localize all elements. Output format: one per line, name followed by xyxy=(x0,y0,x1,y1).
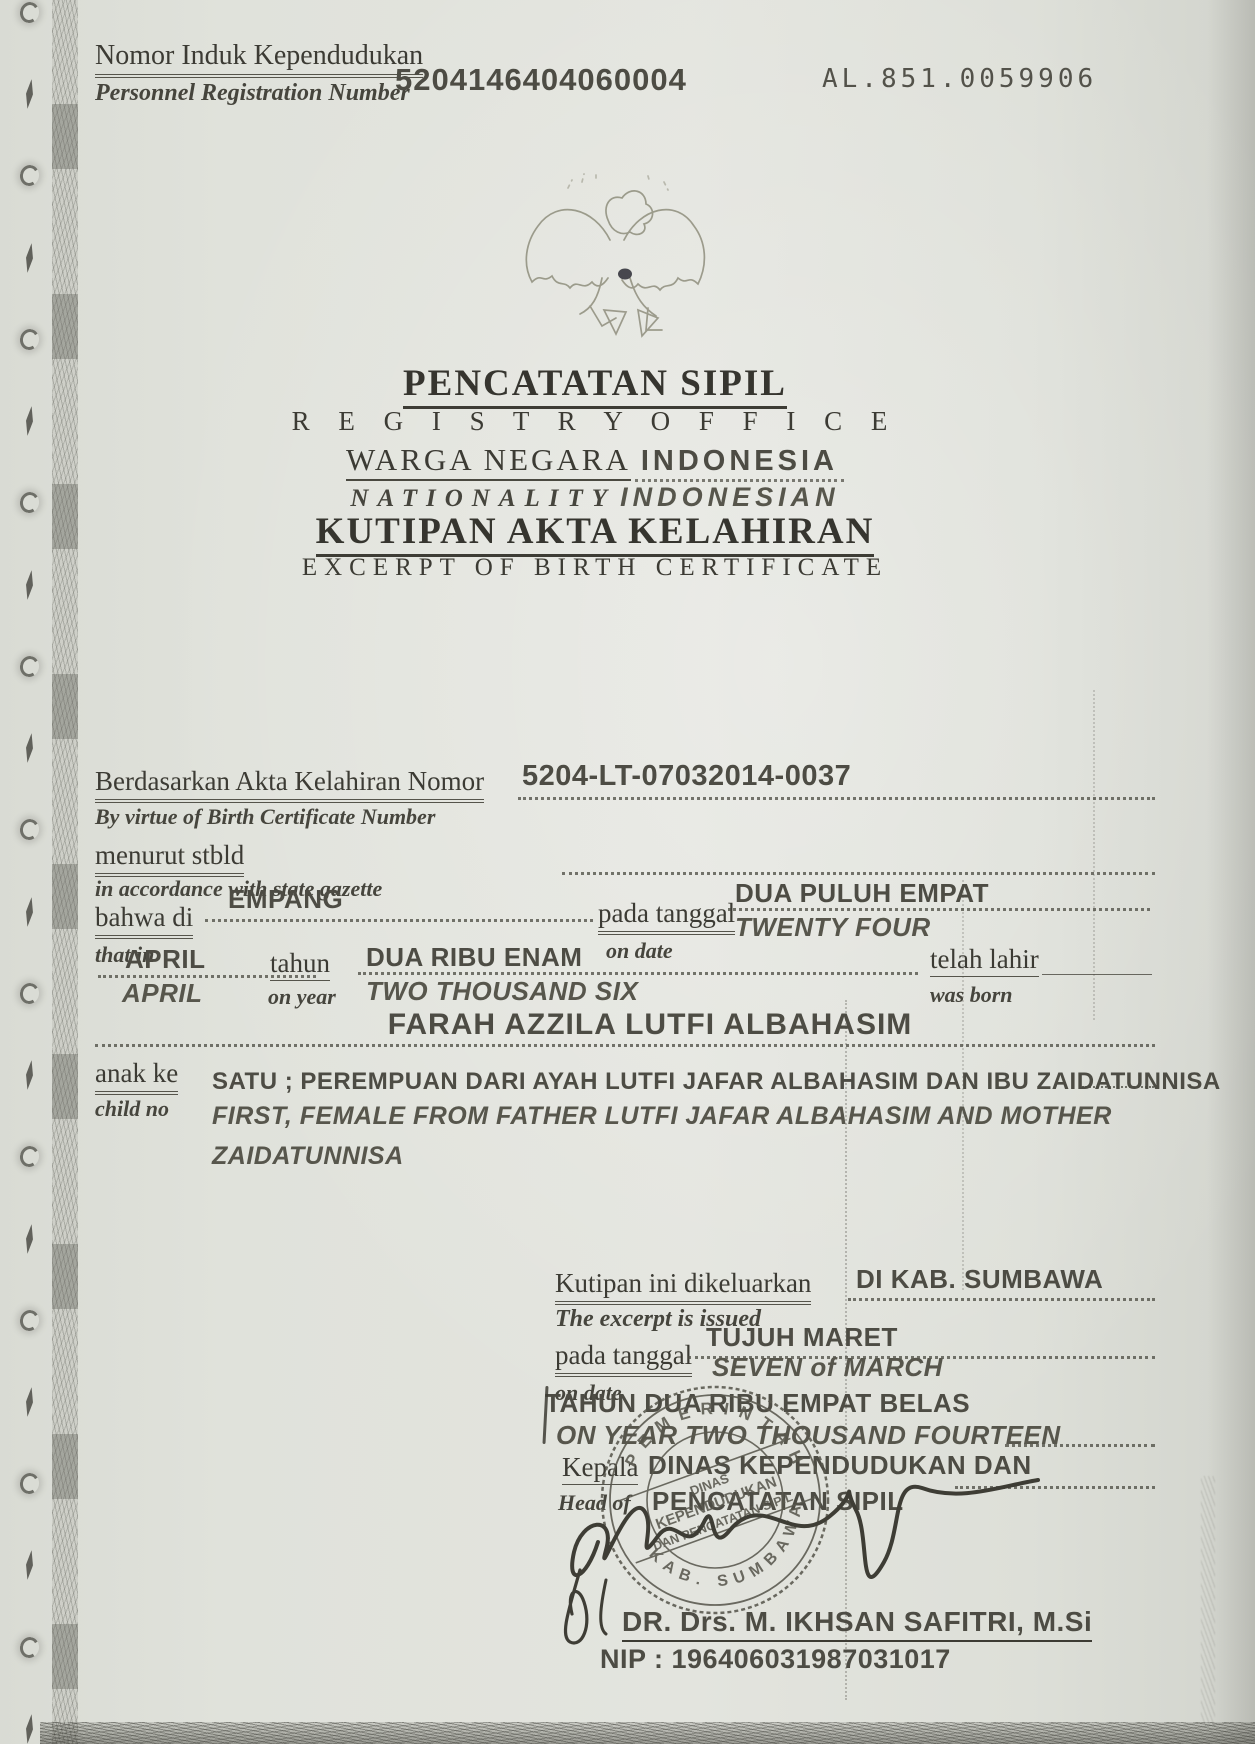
nationality-row-en: NATIONALITY INDONESIAN xyxy=(20,482,1170,513)
perforation-mark xyxy=(18,164,41,188)
dotted-line xyxy=(728,908,1150,911)
month-value-id: APRIL xyxy=(125,944,206,975)
guilloche-left-border xyxy=(52,0,78,1744)
nationality-value-id: INDONESIA xyxy=(635,445,844,482)
birth-certificate-scan: Nomor Induk Kependudukan Personnel Regis… xyxy=(0,0,1255,1744)
perforation-mark xyxy=(23,1550,34,1581)
perforation-mark xyxy=(23,733,34,764)
nationality-value-en: INDONESIAN xyxy=(620,482,840,512)
child-no-label-id: anak ke xyxy=(95,1058,178,1095)
cert-no-label-en: By virtue of Birth Certificate Number xyxy=(95,804,435,830)
dotted-line xyxy=(848,1298,1155,1301)
perforation-mark xyxy=(23,1223,34,1254)
date-label-en: on date xyxy=(606,938,673,964)
perforation-mark xyxy=(23,1387,34,1418)
perforation-mark xyxy=(18,981,41,1005)
perforation-mark xyxy=(23,1060,34,1091)
gazette-label-id: menurut stbld xyxy=(95,840,244,877)
perforation-mark xyxy=(23,896,34,927)
dotted-line xyxy=(1082,1086,1154,1088)
perforation-column xyxy=(12,2,46,1744)
issued-date-value-en: SEVEN of MARCH xyxy=(712,1352,943,1383)
vertical-dotted-guide xyxy=(1093,690,1095,1020)
child-no-value-id: SATU ; PEREMPUAN DARI AYAH LUTFI JAFAR A… xyxy=(212,1068,1221,1096)
doc-title-en: EXCERPT OF BIRTH CERTIFICATE xyxy=(20,554,1170,582)
dotted-line xyxy=(562,872,1155,875)
perforation-mark xyxy=(18,1635,41,1659)
year-label-en: on year xyxy=(268,984,336,1010)
born-label-id: telah lahir xyxy=(930,944,1039,977)
child-no-label-en: child no xyxy=(95,1096,169,1122)
dotted-line xyxy=(358,972,918,975)
born-label-en: was born xyxy=(930,982,1013,1008)
nationality-row-id: WARGA NEGARA INDONESIA xyxy=(20,442,1170,478)
signer-name: DR. Drs. M. IKHSAN SAFITRI, M.Si xyxy=(622,1606,1092,1642)
dotted-line xyxy=(205,919,593,922)
dotted-line xyxy=(518,797,1155,800)
issued-date-value-id: TUJUH MARET xyxy=(706,1322,898,1353)
year-label-id: tahun xyxy=(270,948,330,981)
dotted-line xyxy=(95,1044,1155,1047)
perforation-mark xyxy=(23,79,34,110)
nik-label-en: Personnel Registration Number xyxy=(95,80,410,107)
cert-no-value: 5204-LT-07032014-0037 xyxy=(522,760,851,793)
month-value-en: APRIL xyxy=(122,978,203,1009)
perforation-mark xyxy=(18,1308,41,1332)
perforation-mark xyxy=(18,327,41,351)
signer-nip: NIP : 196406031987031017 xyxy=(600,1644,951,1675)
child-no-value-en-2: ZAIDATUNNISA xyxy=(212,1142,404,1171)
perforation-mark xyxy=(23,242,34,273)
issued-label-id: Kutipan ini dikeluarkan xyxy=(555,1268,811,1305)
nik-value: 5204146404060004 xyxy=(395,62,687,98)
date-value-en: TWENTY FOUR xyxy=(735,912,931,943)
date-value-id: DUA PULUH EMPAT xyxy=(735,878,989,909)
garuda-emblem-watermark xyxy=(498,168,728,340)
nationality-label-id: WARGA NEGARA xyxy=(346,442,631,481)
cert-no-label-id: Berdasarkan Akta Kelahiran Nomor xyxy=(95,766,484,803)
perforation-mark xyxy=(23,1714,34,1744)
year-value-en: TWO THOUSAND SIX xyxy=(366,976,638,1007)
solid-line xyxy=(1042,974,1152,975)
serial-number: AL.851.0059906 xyxy=(822,64,1097,94)
scan-edge-shadow xyxy=(1207,0,1255,1744)
nationality-label-en: NATIONALITY xyxy=(350,485,616,512)
date-label-id: pada tanggal xyxy=(598,898,735,935)
office-title-en: R E G I S T R Y O F F I C E xyxy=(20,406,1170,437)
child-name-value: FARAH AZZILA LUTFI ALBAHASIM xyxy=(330,1008,970,1042)
perforation-mark xyxy=(18,818,41,842)
place-value: EMPANG xyxy=(228,884,343,915)
perforation-mark xyxy=(18,654,41,678)
issued-date-label-id: pada tanggal xyxy=(555,1340,692,1377)
perforation-mark xyxy=(18,1145,41,1169)
perforation-mark xyxy=(18,0,41,24)
perforation-mark xyxy=(18,1471,41,1495)
doc-title-id: KUTIPAN AKTA KELAHIRAN xyxy=(20,510,1170,557)
nik-label-id: Nomor Induk Kependudukan xyxy=(95,40,423,78)
place-label-id: bahwa di xyxy=(95,902,193,939)
guilloche-bottom-border xyxy=(40,1722,1255,1744)
year-value-id: DUA RIBU ENAM xyxy=(366,942,582,973)
child-no-value-en-1: FIRST, FEMALE FROM FATHER LUTFI JAFAR AL… xyxy=(212,1102,1112,1131)
issued-place-value: DI KAB. SUMBAWA xyxy=(856,1264,1103,1295)
office-title-id: PENCATATAN SIPIL xyxy=(20,362,1170,409)
